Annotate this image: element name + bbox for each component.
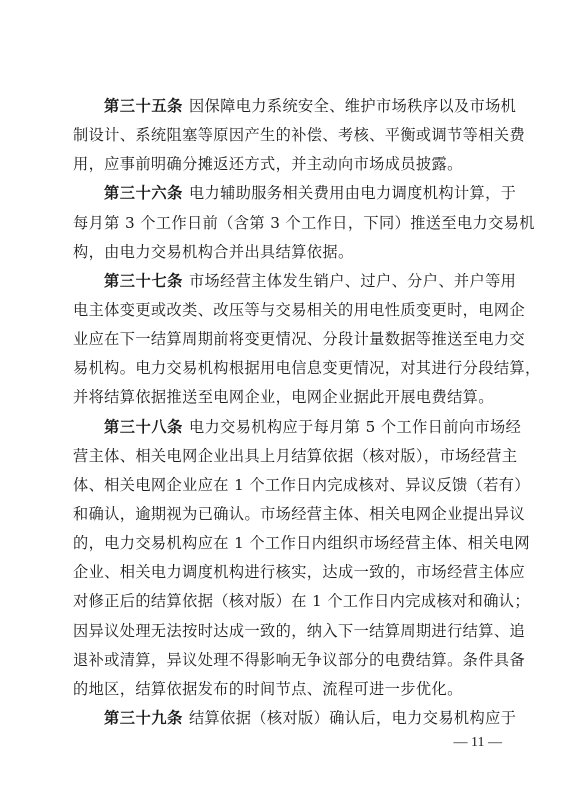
article-line: 易机构。电力交易机构根据用电信息变更情况，对其进行分段结算， xyxy=(73,354,503,383)
article-first-line: 第三十九条结算依据（核对版）确认后，电力交易机构应于 xyxy=(73,704,503,733)
article-line: 的，电力交易机构应在 1 个工作日内组织市场经营主体、相关电网 xyxy=(73,529,503,558)
article-number: 第三十五条 xyxy=(104,97,183,115)
article-line: 因异议处理无法按时达成一致的，纳入下一结算周期进行结算、追 xyxy=(73,617,503,646)
page-number: — 11 — xyxy=(450,735,502,751)
article-text: 因保障电力系统安全、维护市场秩序以及市场机 xyxy=(189,97,516,115)
article-line: 用，应事前明确分摊返还方式，并主动向市场成员披露。 xyxy=(73,150,503,179)
article-line: 构，由电力交易机构合并出具结算依据。 xyxy=(73,238,503,267)
article-line: 的地区，结算依据发布的时间节点、流程可进一步优化。 xyxy=(73,675,503,704)
article-first-line: 第三十七条市场经营主体发生销户、过户、分户、并户等用 xyxy=(73,267,503,296)
article-number: 第三十八条 xyxy=(104,418,183,436)
article-number: 第三十七条 xyxy=(104,272,183,290)
article-38: 第三十八条电力交易机构应于每月第 5 个工作日前向市场经 营主体、相关电网企业出… xyxy=(73,413,503,704)
article-text: 电力辅助服务相关费用由电力调度机构计算，于 xyxy=(189,184,516,202)
article-line: 体、相关电网企业应在 1 个工作日内完成核对、异议反馈（若有） xyxy=(73,471,503,500)
article-37: 第三十七条市场经营主体发生销户、过户、分户、并户等用 电主体变更或改类、改压等与… xyxy=(73,267,503,413)
article-text: 结算依据（核对版）确认后，电力交易机构应于 xyxy=(189,709,516,727)
article-line: 和确认，逾期视为已确认。市场经营主体、相关电网企业提出异议 xyxy=(73,500,503,529)
article-text: 市场经营主体发生销户、过户、分户、并户等用 xyxy=(189,272,516,290)
article-39: 第三十九条结算依据（核对版）确认后，电力交易机构应于 xyxy=(73,704,503,733)
article-line: 并将结算依据推送至电网企业，电网企业据此开展电费结算。 xyxy=(73,383,503,412)
article-first-line: 第三十五条因保障电力系统安全、维护市场秩序以及市场机 xyxy=(73,92,503,121)
article-line: 对修正后的结算依据（核对版）在 1 个工作日内完成核对和确认； xyxy=(73,587,503,616)
document-body: 第三十五条因保障电力系统安全、维护市场秩序以及市场机 制设计、系统阻塞等原因产生… xyxy=(73,92,503,733)
article-line: 营主体、相关电网企业出具上月结算依据（核对版），市场经营主 xyxy=(73,442,503,471)
article-line: 业应在下一结算周期前将变更情况、分段计量数据等推送至电力交 xyxy=(73,325,503,354)
article-number: 第三十六条 xyxy=(104,184,183,202)
article-36: 第三十六条电力辅助服务相关费用由电力调度机构计算，于 每月第 3 个工作日前（含… xyxy=(73,179,503,266)
article-first-line: 第三十六条电力辅助服务相关费用由电力调度机构计算，于 xyxy=(73,179,503,208)
article-line: 电主体变更或改类、改压等与交易相关的用电性质变更时，电网企 xyxy=(73,296,503,325)
article-text: 电力交易机构应于每月第 5 个工作日前向市场经 xyxy=(189,418,521,436)
article-first-line: 第三十八条电力交易机构应于每月第 5 个工作日前向市场经 xyxy=(73,413,503,442)
article-line: 退补或清算，异议处理不得影响无争议部分的电费结算。条件具备 xyxy=(73,646,503,675)
article-35: 第三十五条因保障电力系统安全、维护市场秩序以及市场机 制设计、系统阻塞等原因产生… xyxy=(73,92,503,179)
article-line: 制设计、系统阻塞等原因产生的补偿、考核、平衡或调节等相关费 xyxy=(73,121,503,150)
document-page: 第三十五条因保障电力系统安全、维护市场秩序以及市场机 制设计、系统阻塞等原因产生… xyxy=(0,0,573,811)
article-line: 每月第 3 个工作日前（含第 3 个工作日，下同）推送至电力交易机 xyxy=(73,209,503,238)
article-number: 第三十九条 xyxy=(104,709,183,727)
article-line: 企业、相关电力调度机构进行核实，达成一致的，市场经营主体应 xyxy=(73,558,503,587)
